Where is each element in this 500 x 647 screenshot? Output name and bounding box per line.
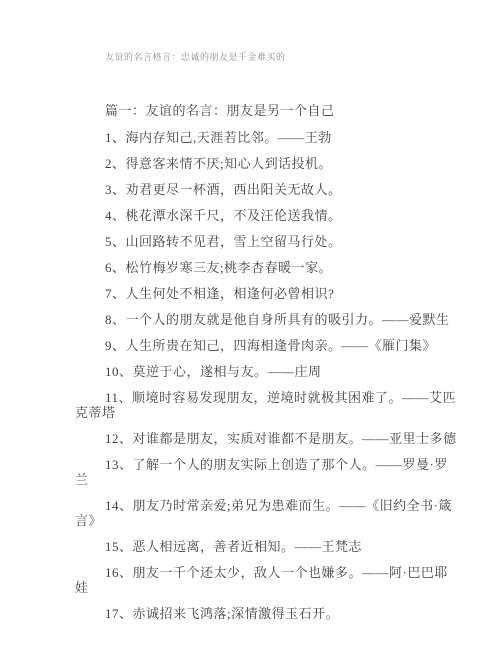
quote-item: 3、劝君更尽一杯酒，西出阳关无故人。 [75,182,457,197]
document-page: 友谊的名言格言：忠诚的朋友是千金难买的 篇一：友谊的名言：朋友是另一个自己 1、… [0,0,500,647]
quote-item: 8、一个人的朋友就是他自身所具有的吸引力。——爱默生 [75,312,457,327]
quote-item: 10、莫逆于心，遂相与友。——庄周 [75,364,457,379]
quote-item: 5、山回路转不见君，雪上空留马行处。 [75,234,457,249]
quote-item: 4、桃花潭水深千尺，不及汪伦送我情。 [75,208,457,223]
quote-item: 13、了解一个人的朋友实际上创造了那个人。——罗曼·罗兰 [75,457,457,487]
quote-item: 7、人生何处不相逢，相逢何必曾相识? [75,286,457,301]
document-header-line: 友谊的名言格言：忠诚的朋友是千金难买的 [105,51,286,63]
quote-item: 15、恶人相远离，善者近相知。——王梵志 [75,539,457,554]
document-body: 篇一：友谊的名言：朋友是另一个自己 1、海内存知己,天涯若比邻。——王勃 2、得… [75,103,457,632]
quote-item: 1、海内存知己,天涯若比邻。——王勃 [75,130,457,145]
section-title: 篇一：友谊的名言：朋友是另一个自己 [75,103,457,118]
quote-item: 14、朋友乃时常亲爱;弟兄为患难而生。——《旧约全书·箴言》 [75,498,457,528]
quote-item: 16、朋友一千个还太少，敌人一个也嫌多。——阿·巴巴耶娃 [75,565,457,595]
quote-item: 9、人生所贵在知己，四海相逢骨肉亲。——《雁门集》 [75,338,457,353]
quote-item: 17、赤诚招来飞鸿落;深情激得玉石开。 [75,606,457,621]
quote-item: 2、得意客来情不厌;知心人到话投机。 [75,156,457,171]
quote-item: 12、对谁都是朋友，实质对谁都不是朋友。——亚里士多德 [75,431,457,446]
quote-item: 11、顺境时容易发现朋友，逆境时就极其困难了。——艾匹克蒂塔 [75,390,457,420]
quote-item: 6、松竹梅岁寒三友;桃李杏春暖一家。 [75,260,457,275]
